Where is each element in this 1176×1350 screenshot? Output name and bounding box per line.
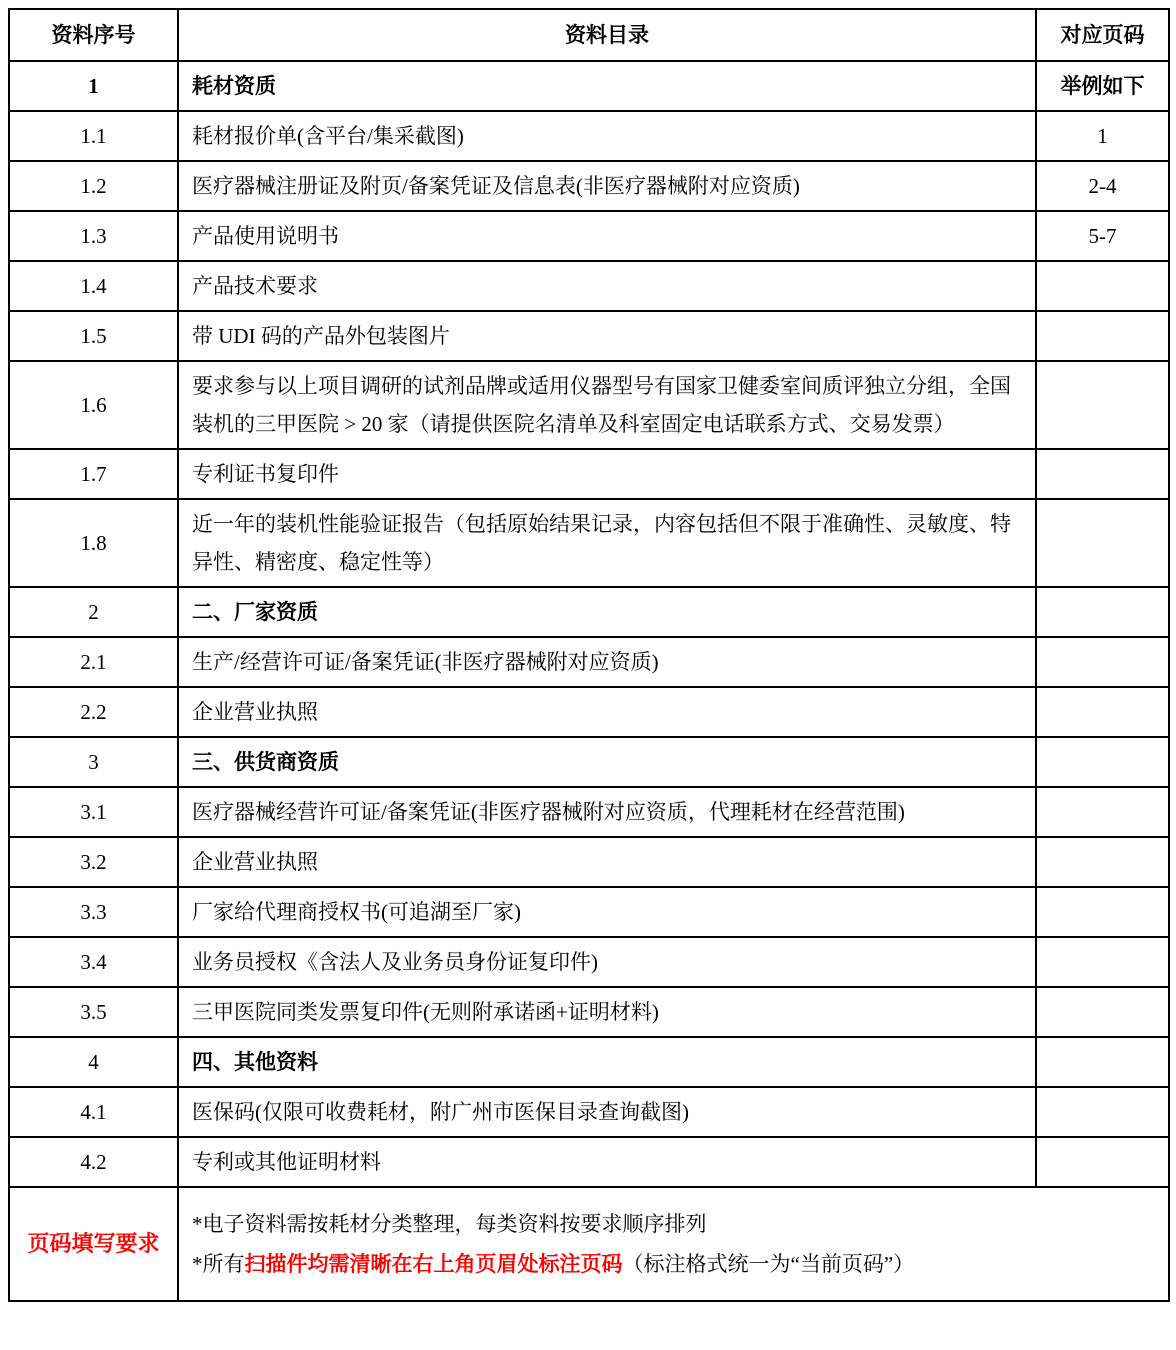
page-number-cell bbox=[1036, 261, 1169, 311]
serial-cell: 1.6 bbox=[9, 361, 178, 449]
table-row: 1.8近一年的装机性能验证报告（包括原始结果记录，内容包括但不限于准确性、灵敏度… bbox=[9, 499, 1169, 587]
serial-cell: 3.4 bbox=[9, 937, 178, 987]
table-row: 1.2医疗器械注册证及附页/备案凭证及信息表(非医疗器械附对应资质)2-4 bbox=[9, 161, 1169, 211]
page-number-cell bbox=[1036, 587, 1169, 637]
serial-cell: 4.1 bbox=[9, 1087, 178, 1137]
table-row: 3三、供货商资质 bbox=[9, 737, 1169, 787]
table-row: 3.4业务员授权《含法人及业务员身份证复印件) bbox=[9, 937, 1169, 987]
table-row: 2.1生产/经营许可证/备案凭证(非医疗器械附对应资质) bbox=[9, 637, 1169, 687]
directory-cell: 近一年的装机性能验证报告（包括原始结果记录，内容包括但不限于准确性、灵敏度、特异… bbox=[178, 499, 1036, 587]
header-cell-serial: 资料序号 bbox=[9, 9, 178, 61]
table-row: 4四、其他资料 bbox=[9, 1037, 1169, 1087]
footer-note-1: *电子资料需按耗材分类整理，每类资料按要求顺序排列 bbox=[192, 1204, 1158, 1244]
directory-cell: 三、供货商资质 bbox=[178, 737, 1036, 787]
page-number-cell bbox=[1036, 687, 1169, 737]
directory-cell: 产品使用说明书 bbox=[178, 211, 1036, 261]
page-number-cell: 1 bbox=[1036, 111, 1169, 161]
page-number-cell: 2-4 bbox=[1036, 161, 1169, 211]
page-number-cell bbox=[1036, 1087, 1169, 1137]
table-row: 1耗材资质举例如下 bbox=[9, 61, 1169, 111]
directory-cell: 要求参与以上项目调研的试剂品牌或适用仪器型号有国家卫健委室间质评独立分组，全国装… bbox=[178, 361, 1036, 449]
serial-cell: 1.3 bbox=[9, 211, 178, 261]
footer-note-2-suffix: （标注格式统一为“当前页码”） bbox=[623, 1252, 915, 1276]
table-row: 1.3产品使用说明书5-7 bbox=[9, 211, 1169, 261]
page-number-cell bbox=[1036, 737, 1169, 787]
footer-label: 页码填写要求 bbox=[9, 1187, 178, 1301]
serial-cell: 4.2 bbox=[9, 1137, 178, 1187]
header-cell-page: 对应页码 bbox=[1036, 9, 1169, 61]
footer-note-2-red-highlight: 扫描件均需清晰在右上角页眉处标注页码 bbox=[245, 1252, 623, 1276]
serial-cell: 3.3 bbox=[9, 887, 178, 937]
table-row: 3.3厂家给代理商授权书(可追湖至厂家) bbox=[9, 887, 1169, 937]
page-number-cell bbox=[1036, 937, 1169, 987]
directory-cell: 带 UDI 码的产品外包装图片 bbox=[178, 311, 1036, 361]
page-number-cell: 举例如下 bbox=[1036, 61, 1169, 111]
serial-cell: 3.5 bbox=[9, 987, 178, 1037]
footer-note-2: *所有扫描件均需清晰在右上角页眉处标注页码（标注格式统一为“当前页码”） bbox=[192, 1244, 1158, 1284]
table-row: 1.6要求参与以上项目调研的试剂品牌或适用仪器型号有国家卫健委室间质评独立分组，… bbox=[9, 361, 1169, 449]
page-number-cell bbox=[1036, 787, 1169, 837]
page-number-cell bbox=[1036, 361, 1169, 449]
table-row: 3.5三甲医院同类发票复印件(无则附承诺函+证明材料) bbox=[9, 987, 1169, 1037]
directory-cell: 耗材报价单(含平台/集采截图) bbox=[178, 111, 1036, 161]
serial-cell: 1.5 bbox=[9, 311, 178, 361]
directory-cell: 三甲医院同类发票复印件(无则附承诺函+证明材料) bbox=[178, 987, 1036, 1037]
serial-cell: 1.4 bbox=[9, 261, 178, 311]
header-cell-directory: 资料目录 bbox=[178, 9, 1036, 61]
page-number-cell bbox=[1036, 987, 1169, 1037]
serial-cell: 1 bbox=[9, 61, 178, 111]
page-number-cell bbox=[1036, 311, 1169, 361]
table-row: 3.2企业营业执照 bbox=[9, 837, 1169, 887]
table-row: 1.1耗材报价单(含平台/集采截图)1 bbox=[9, 111, 1169, 161]
serial-cell: 1.7 bbox=[9, 449, 178, 499]
footer-notes-cell: *电子资料需按耗材分类整理，每类资料按要求顺序排列 *所有扫描件均需清晰在右上角… bbox=[178, 1187, 1169, 1301]
directory-cell: 厂家给代理商授权书(可追湖至厂家) bbox=[178, 887, 1036, 937]
header-row: 资料序号 资料目录 对应页码 bbox=[9, 9, 1169, 61]
directory-cell: 医保码(仅限可收费耗材，附广州市医保目录查询截图) bbox=[178, 1087, 1036, 1137]
directory-cell: 医疗器械注册证及附页/备案凭证及信息表(非医疗器械附对应资质) bbox=[178, 161, 1036, 211]
table-row: 1.5带 UDI 码的产品外包装图片 bbox=[9, 311, 1169, 361]
page-number-cell bbox=[1036, 1037, 1169, 1087]
serial-cell: 1.1 bbox=[9, 111, 178, 161]
directory-cell: 耗材资质 bbox=[178, 61, 1036, 111]
footer-note-2-prefix: *所有 bbox=[192, 1252, 245, 1276]
directory-cell: 专利或其他证明材料 bbox=[178, 1137, 1036, 1187]
directory-cell: 企业营业执照 bbox=[178, 687, 1036, 737]
page-number-cell bbox=[1036, 637, 1169, 687]
serial-cell: 2.1 bbox=[9, 637, 178, 687]
directory-cell: 生产/经营许可证/备案凭证(非医疗器械附对应资质) bbox=[178, 637, 1036, 687]
serial-cell: 3 bbox=[9, 737, 178, 787]
table-row: 4.2专利或其他证明材料 bbox=[9, 1137, 1169, 1187]
serial-cell: 2.2 bbox=[9, 687, 178, 737]
table-row: 1.7专利证书复印件 bbox=[9, 449, 1169, 499]
table-row: 3.1医疗器械经营许可证/备案凭证(非医疗器械附对应资质，代理耗材在经营范围) bbox=[9, 787, 1169, 837]
page-number-cell bbox=[1036, 449, 1169, 499]
page-number-cell: 5-7 bbox=[1036, 211, 1169, 261]
directory-cell: 四、其他资料 bbox=[178, 1037, 1036, 1087]
serial-cell: 2 bbox=[9, 587, 178, 637]
table-row: 1.4产品技术要求 bbox=[9, 261, 1169, 311]
serial-cell: 1.8 bbox=[9, 499, 178, 587]
serial-cell: 3.2 bbox=[9, 837, 178, 887]
directory-cell: 医疗器械经营许可证/备案凭证(非医疗器械附对应资质，代理耗材在经营范围) bbox=[178, 787, 1036, 837]
serial-cell: 3.1 bbox=[9, 787, 178, 837]
directory-cell: 企业营业执照 bbox=[178, 837, 1036, 887]
directory-cell: 二、厂家资质 bbox=[178, 587, 1036, 637]
table-row: 2二、厂家资质 bbox=[9, 587, 1169, 637]
table-row: 4.1医保码(仅限可收费耗材，附广州市医保目录查询截图) bbox=[9, 1087, 1169, 1137]
directory-cell: 业务员授权《含法人及业务员身份证复印件) bbox=[178, 937, 1036, 987]
page-number-cell bbox=[1036, 837, 1169, 887]
serial-cell: 1.2 bbox=[9, 161, 178, 211]
directory-cell: 产品技术要求 bbox=[178, 261, 1036, 311]
page-number-cell bbox=[1036, 499, 1169, 587]
serial-cell: 4 bbox=[9, 1037, 178, 1087]
document-page: 资料序号 资料目录 对应页码 1耗材资质举例如下1.1耗材报价单(含平台/集采截… bbox=[8, 8, 1168, 1302]
page-number-cell bbox=[1036, 1137, 1169, 1187]
directory-cell: 专利证书复印件 bbox=[178, 449, 1036, 499]
materials-checklist-table: 资料序号 资料目录 对应页码 1耗材资质举例如下1.1耗材报价单(含平台/集采截… bbox=[8, 8, 1170, 1302]
footer-row: 页码填写要求 *电子资料需按耗材分类整理，每类资料按要求顺序排列 *所有扫描件均… bbox=[9, 1187, 1169, 1301]
table-row: 2.2企业营业执照 bbox=[9, 687, 1169, 737]
page-number-cell bbox=[1036, 887, 1169, 937]
